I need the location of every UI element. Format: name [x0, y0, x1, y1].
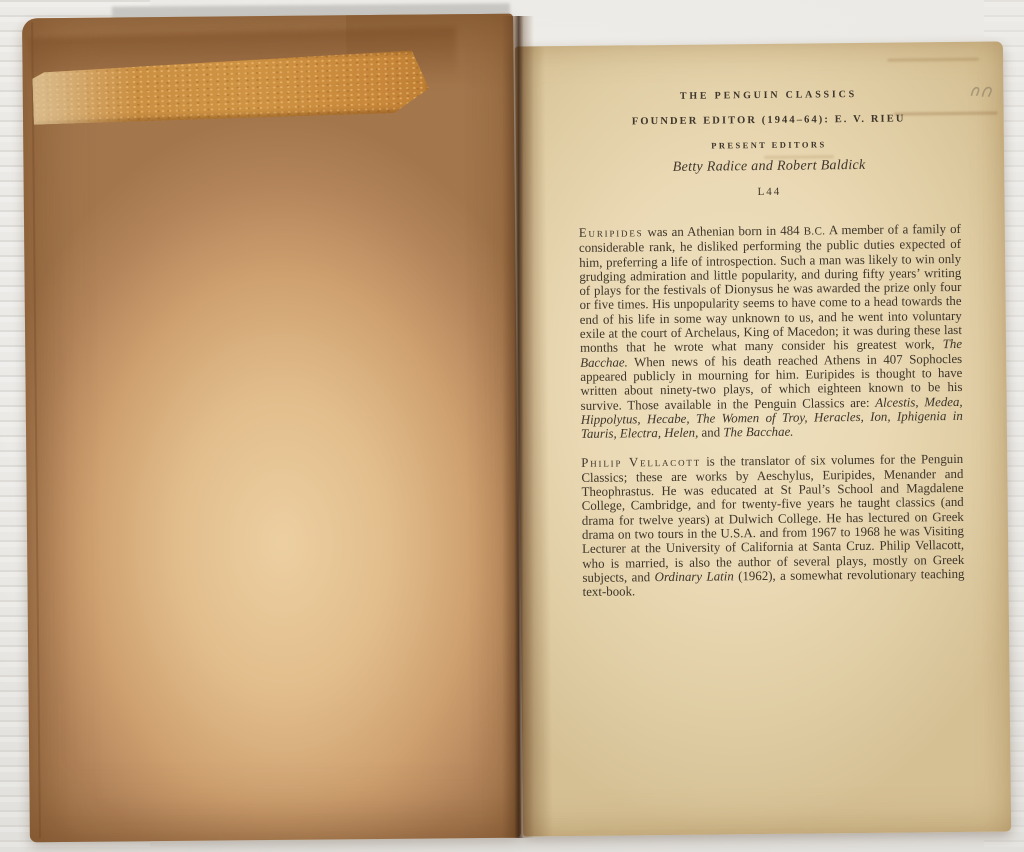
text-segment: was an Athenian born in 484 — [643, 224, 803, 240]
book-gutter — [502, 16, 534, 838]
page-text-block: THE PENGUIN CLASSICS FOUNDER EDITOR (194… — [577, 42, 967, 836]
pencil-scribble — [967, 82, 997, 102]
front-matter-page: THE PENGUIN CLASSICS FOUNDER EDITOR (194… — [515, 41, 1011, 836]
text-segment: is the translator of six volumes for the… — [581, 452, 964, 584]
series-code: L44 — [578, 184, 960, 200]
present-editors-label: PRESENT EDITORS — [578, 138, 960, 152]
founder-editor-line: FOUNDER EDITOR (1944–64): E. V. RIEU — [578, 113, 960, 128]
text-segment: B.C. — [804, 225, 826, 237]
text-segment: Philip Vellacott — [581, 455, 701, 470]
left-blank-page — [22, 14, 521, 843]
about-author-paragraph: Euripides was an Athenian born in 484 B.… — [579, 222, 963, 441]
text-segment: Ordinary Latin — [655, 569, 734, 584]
text-segment: A member of a family of considerable ran… — [579, 222, 962, 355]
about-translator-paragraph: Philip Vellacott is the translator of si… — [581, 452, 964, 599]
series-title: THE PENGUIN CLASSICS — [577, 42, 960, 103]
text-segment: and — [698, 426, 723, 440]
text-segment: Euripides — [579, 225, 644, 240]
text-segment: The Bacchae. — [723, 425, 793, 440]
present-editors-names: Betty Radice and Robert Baldick — [578, 157, 960, 177]
page-edge-line — [31, 22, 41, 838]
book-photo: THE PENGUIN CLASSICS FOUNDER EDITOR (194… — [0, 0, 1024, 852]
